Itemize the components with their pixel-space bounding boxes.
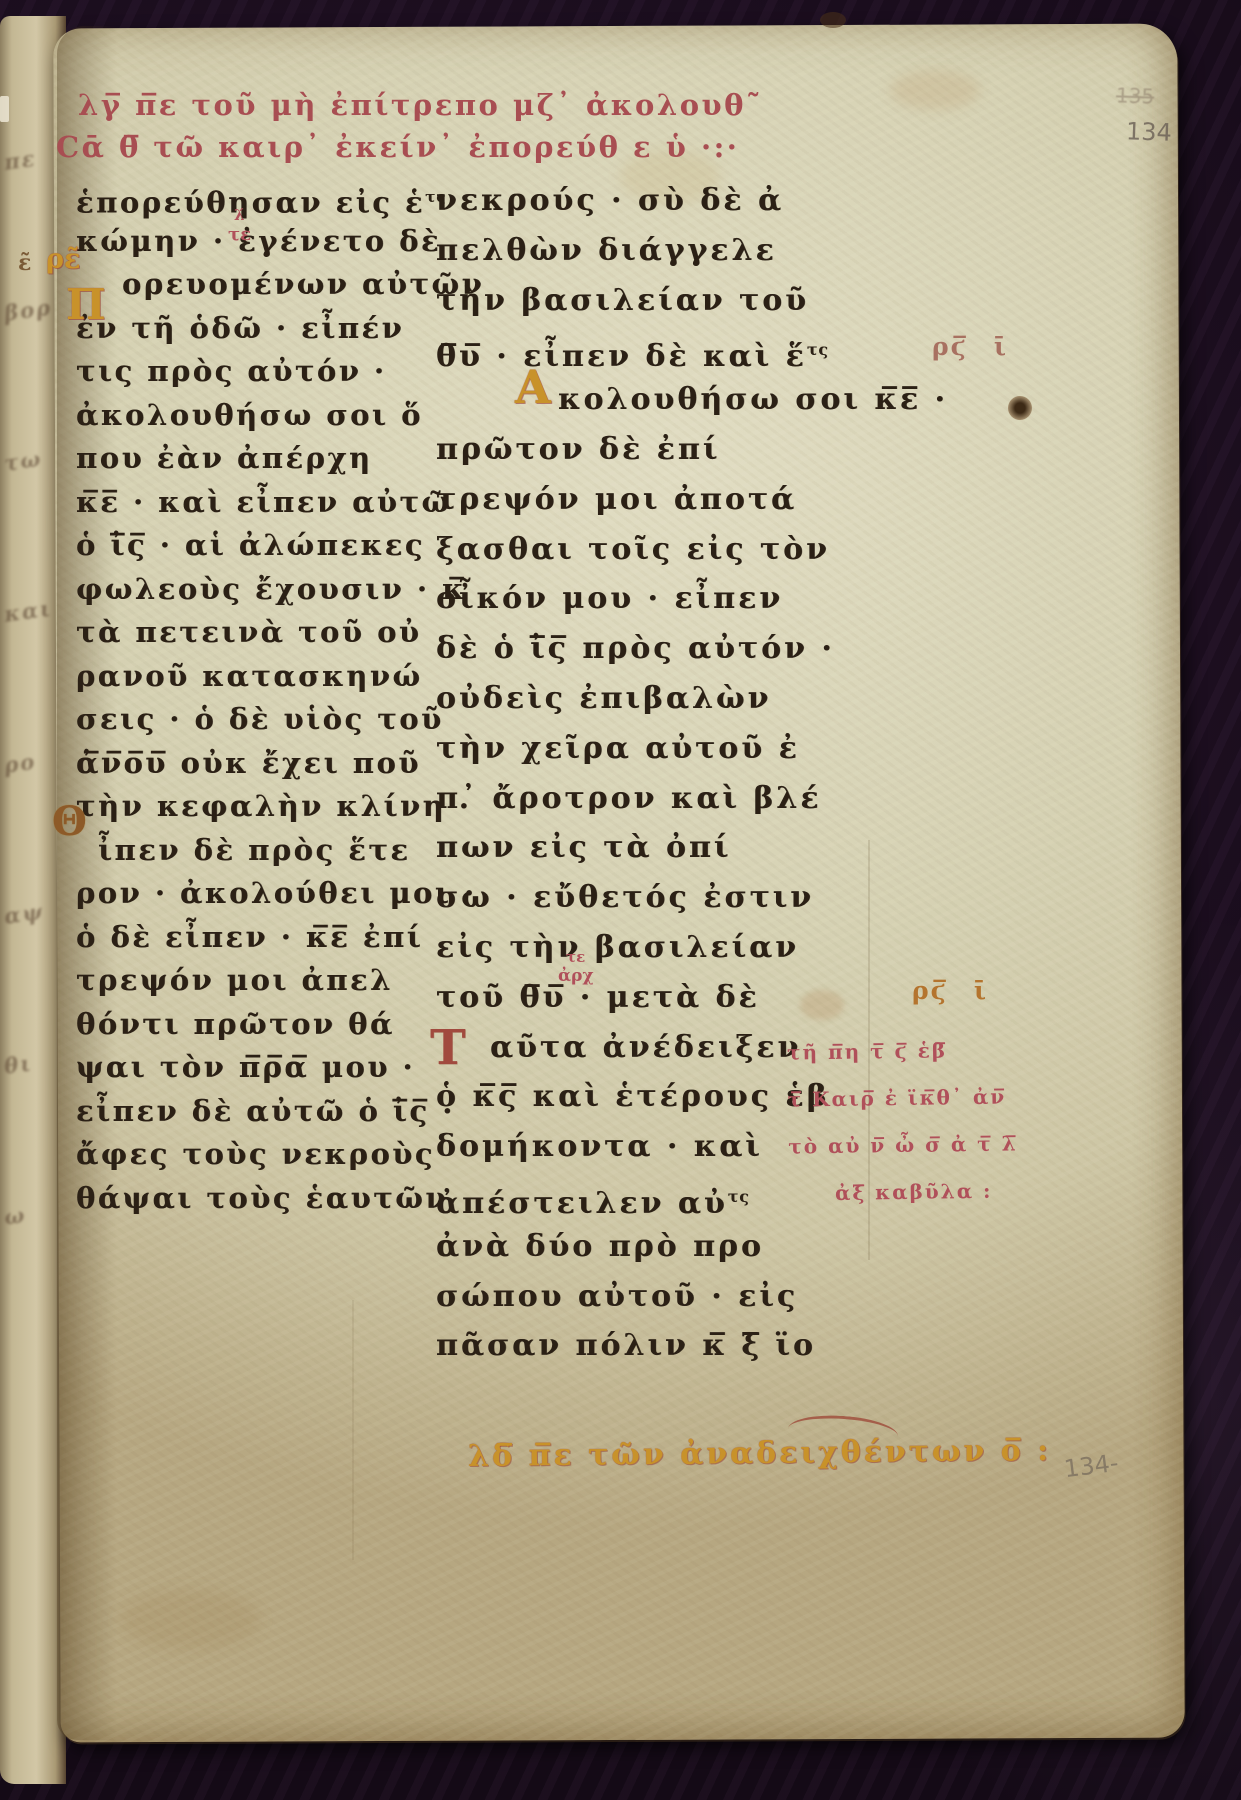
manuscript-line: θόντι πρῶτον θά	[76, 1003, 484, 1047]
bleedthrough-fragment: και	[3, 594, 62, 627]
manuscript-line: θ̅υ̅ · εἶπεν δὲ καὶ ἕτς	[436, 325, 948, 375]
initial-alpha-gold: Α	[515, 360, 551, 414]
manuscript-line: ρον · ἀκολούθει μοι ·	[76, 872, 484, 916]
manuscript-line: ὁ ἰ̅ς̅ · αἱ ἀλώπεκες	[76, 524, 484, 568]
manuscript-line: ἐν τῆ ὁδῶ · εἶπέν	[76, 307, 484, 351]
bleedthrough-fragment: ρο	[3, 745, 62, 778]
manuscript-line: τοῦ θ̅υ̅ · μετὰ δὲ	[436, 973, 948, 1023]
initial-theta-margin: Θ	[52, 798, 87, 845]
manuscript-line: τὴν χεῖρα αὐτοῦ ἐ	[436, 724, 948, 774]
gloss-line: τὸ αὐ ν̅ ὦ σ̅ ἀ τ̅ λ̅	[788, 1120, 1018, 1170]
eusebian-mark-2: ρϛ̅ῑ	[912, 976, 988, 1005]
lection-mark: τε	[566, 948, 585, 966]
manuscript-line: σω · εὔθετός ἐστιν	[436, 873, 948, 923]
chapter-title-rubric: λγ̅ π̅ε τοῦ μὴ ἐπίτρεπο μζ᾿ ἀκολουθ῀	[78, 88, 763, 122]
manuscript-line: ψαι τὸν π̅ρ̅α̅ μου ·	[76, 1046, 484, 1090]
bleedthrough-fragment: βορ	[3, 293, 62, 326]
bleedthrough-fragment: θι	[3, 1046, 62, 1079]
margin-ref-gold: ρε̃	[46, 244, 80, 275]
gloss-line: τ̅ Καιρ̅ ἐ ϊκ̅θ᾿ ἀν̅	[787, 1073, 1017, 1123]
manuscript-line: νεκρούς · σὺ δὲ ἀ	[436, 176, 948, 226]
manuscript-line: ἀνὰ δύο πρὸ προ	[436, 1222, 948, 1272]
manuscript-line: κώμην · ἐγένετο δὲ	[76, 220, 484, 264]
canon-number: ῑ	[974, 976, 988, 1005]
lection-mark: τε	[228, 224, 251, 245]
gloss-line: τῆ π̅η τ̅ ϛ̅ ἑβ̅	[787, 1026, 1017, 1076]
bleedthrough-fragment: ω	[3, 1197, 62, 1230]
folio-number-stamped: 135	[1116, 83, 1155, 108]
manuscript-line: σεις · ὁ δὲ υἱὸς τοῦ	[76, 698, 484, 742]
manuscript-line: ξασθαι τοῖς εἰς τὸν	[436, 525, 948, 575]
manuscript-line: θάψαι τοὺς ἑαυτῶν	[76, 1177, 484, 1221]
manuscript-line: τρεψόν μοι ἀπελ	[76, 959, 484, 1003]
manuscript-line: τὴν βασιλείαν τοῦ	[436, 276, 948, 326]
manuscript-line: πων εἰς τὰ ὀπί	[436, 823, 948, 873]
lection-mark: ἀρχ	[558, 966, 594, 986]
next-chapter-rubric-gold: λδ̅ π̅ε τῶν ἀναδειχθέντων ο̅ :	[468, 1433, 1052, 1474]
manuscript-line: ὁ δὲ εἶπεν · κ̅ε̅ ἐπί	[76, 916, 484, 960]
marginal-gloss: τῆ π̅η τ̅ ϛ̅ ἑβ̅τ̅ Καιρ̅ ἐ ϊκ̅θ᾿ ἀν̅τὸ α…	[787, 1026, 1019, 1217]
initial-pi-gold: Π	[66, 280, 106, 329]
section-number: ρϛ̅	[912, 976, 948, 1005]
manuscript-line: ἀκολουθήσω σοι ὅ	[76, 394, 484, 438]
manuscript-line: που ἐὰν ἀπέρχη	[76, 437, 484, 481]
manuscript-photo: { "document_type": "Greek Gospel manuscr…	[0, 0, 1241, 1800]
manuscript-line: π᾿ ἄροτρον καὶ βλέ	[436, 774, 948, 824]
lection-heading-rubric: Ϲᾱ θ̅ τῶ καιρ᾿ ἐκείν᾿ ἐπορεύθ ε ὑ ·:·	[56, 130, 739, 164]
bleedthrough-text: πεβορτωκαιροαψθιω	[4, 146, 60, 1226]
manuscript-line: κ̅ε̅ · καὶ εἶπεν αὐτῶ	[76, 481, 484, 525]
manuscript-line: τὴν κεφαλὴν κλίνη ·	[76, 785, 484, 829]
text-column-left: ἑπορεύθησαν εἰς ἑτςκώμην · ἐγένετο δὲορε…	[76, 176, 484, 1220]
canon-number: ῑ	[994, 332, 1008, 361]
manuscript-line: τὰ πετεινὰ τοῦ οὐ	[76, 611, 484, 655]
bleedthrough-fragment: πε	[3, 142, 62, 175]
bleedthrough-fragment: αψ	[3, 896, 62, 929]
manuscript-line: οἶκόν μου · εἶπεν	[436, 574, 948, 624]
manuscript-line: ἄφες τοὺς νεκροὺς	[76, 1133, 484, 1177]
manuscript-line: ἀ̅ν̅ο̅υ̅ οὐκ ἔχει ποῦ	[76, 742, 484, 786]
section-number: ρϛ̅	[932, 332, 968, 361]
manuscript-line: εἰς τὴν βασιλείαν	[436, 923, 948, 973]
manuscript-line: κολουθήσω σοι κ̅ε̅ ·	[436, 375, 948, 425]
manuscript-line: δὲ ὁ ἰ̅ς̅ πρὸς αὐτόν ·	[436, 624, 948, 674]
manuscript-line: τις πρὸς αὐτόν ·	[76, 350, 484, 394]
manuscript-line: ἑπορεύθησαν εἰς ἑτς	[76, 176, 484, 220]
manuscript-line: πᾶσαν πόλιν κ̅ ξ̅ ϊο	[436, 1321, 948, 1371]
parchment-crease	[352, 1300, 354, 1560]
initial-tau-red: Τ	[430, 1020, 466, 1076]
manuscript-line: ρανοῦ κατασκηνώ	[76, 655, 484, 699]
manuscript-line: εἶπεν δὲ αὐτῶ ὁ ἰ̅ς̅ ·	[76, 1090, 484, 1134]
manuscript-line: τρεψόν μοι ἀποτά	[436, 475, 948, 525]
margin-ref-brown: ε̃	[18, 250, 31, 276]
manuscript-line: σώπου αὐτοῦ · εἰς	[436, 1272, 948, 1322]
paper-sliver	[0, 96, 9, 122]
manuscript-line: οὐδεὶς ἐπιβαλὼν	[436, 674, 948, 724]
manuscript-line: πρῶτον δὲ ἐπί	[436, 425, 948, 475]
manuscript-line: ἶπεν δὲ πρὸς ἕτε	[76, 829, 484, 873]
bleedthrough-fragment: τω	[3, 444, 62, 477]
manuscript-line: φωλεοὺς ἔχουσιν · κ̅	[76, 568, 484, 612]
manuscript-line: ορευομένων αὐτῶν	[76, 263, 484, 307]
lection-mark: λ́	[234, 206, 245, 224]
gloss-line: ἀξ̅ καβῦλα :	[789, 1167, 1019, 1217]
eusebian-mark-1: ρϛ̅ῑ	[932, 332, 1008, 361]
folio-number-pencil: 134	[1126, 117, 1173, 147]
manuscript-line: πελθὼν διάγγελε	[436, 226, 948, 276]
